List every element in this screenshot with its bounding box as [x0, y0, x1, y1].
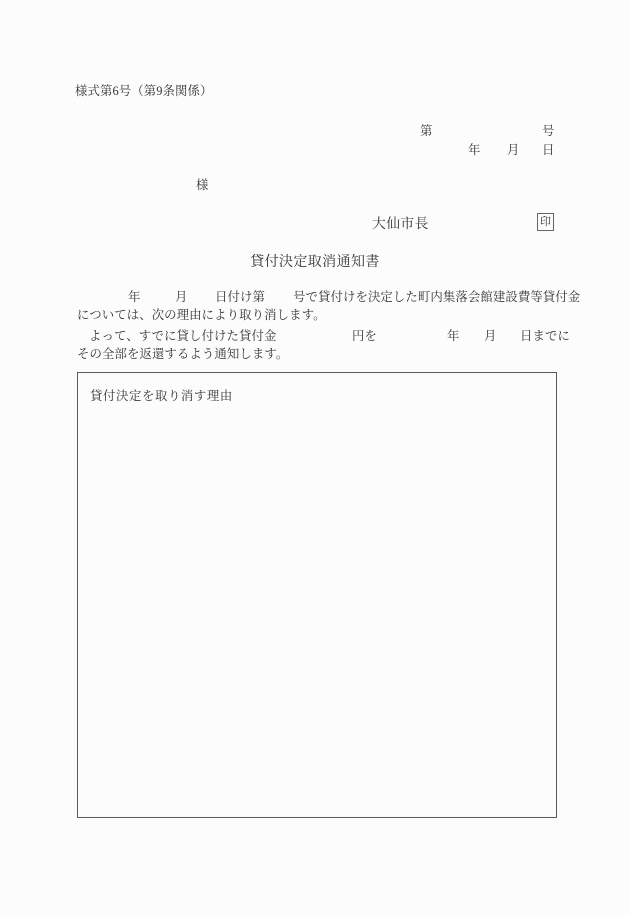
body-line1-year: 年: [128, 291, 141, 303]
doc-number-prefix: 第: [420, 125, 433, 137]
document-page: 様式第6号（第9条関係） 第 号 年 月 日 様 大仙市長 印 貸付決定取消通知…: [0, 0, 630, 915]
body-line1-day-prefix: 日付け第: [215, 291, 265, 303]
cancellation-reason-box: 貸付決定を取り消す理由: [77, 372, 557, 818]
body-line2: については、次の理由により取り消します。: [77, 309, 326, 321]
body-line1-rest: 号で貸付けを決定した町内集落会館建設費等貸付金: [293, 291, 580, 303]
cancellation-reason-label: 貸付決定を取り消す理由: [90, 386, 233, 404]
date-month-label: 月: [507, 144, 520, 156]
date-year-label: 年: [468, 144, 481, 156]
body-line3-month: 月: [484, 330, 497, 342]
document-title: 貸付決定取消通知書: [0, 251, 630, 271]
form-number: 様式第6号（第9条関係）: [75, 85, 213, 97]
body-line3-deadline: 日までに: [520, 330, 570, 342]
body-line3-lead: よって、すでに貸し付けた貸付金: [89, 330, 276, 342]
seal-mark: 印: [540, 217, 551, 228]
addressee-honorific: 様: [196, 179, 209, 191]
date-day-label: 日: [542, 144, 555, 156]
doc-number-suffix: 号: [542, 125, 555, 137]
body-line4: その全部を返還するよう通知します。: [77, 348, 288, 360]
seal-mark-box: 印: [537, 213, 554, 231]
sender-name: 大仙市長: [372, 217, 429, 231]
body-line3-yen: 円を: [352, 330, 377, 342]
body-line1-month: 月: [175, 291, 188, 303]
body-line3-year: 年: [447, 330, 460, 342]
